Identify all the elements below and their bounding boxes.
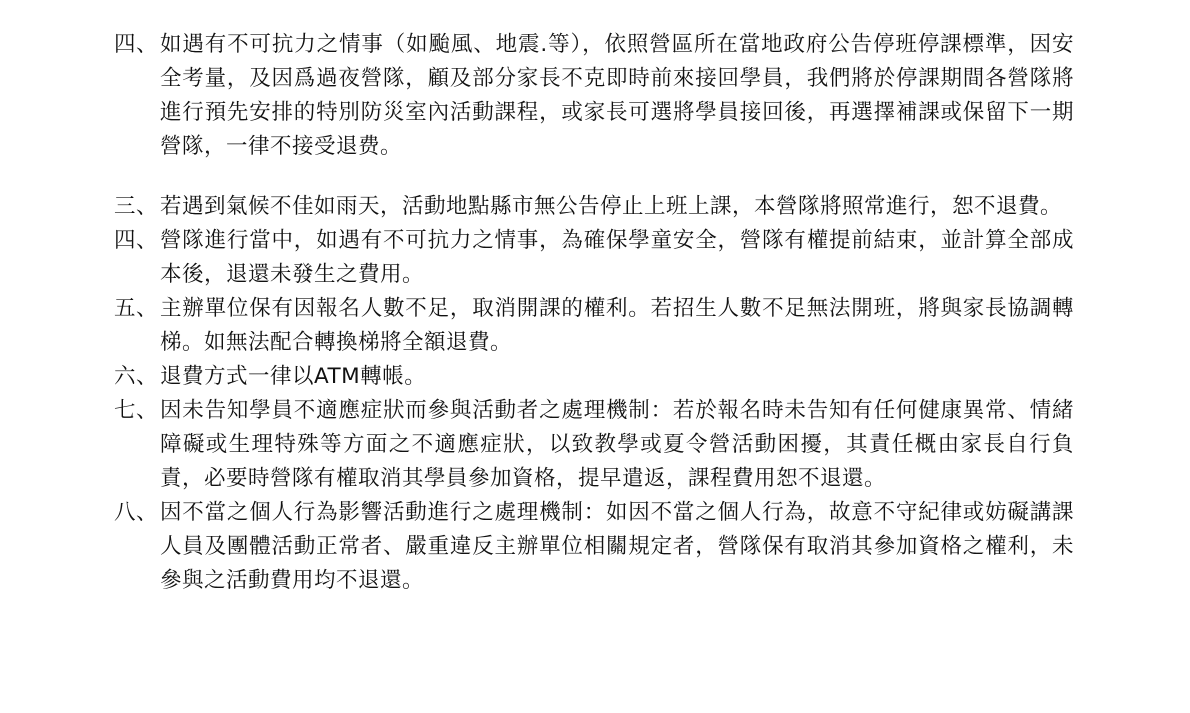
clause-text: 若遇到氣候不佳如雨天，活動地點縣市無公告停止上班上課，本營隊將照常進行，恕不退費…	[160, 190, 1074, 224]
clause-text: 因未告知學員不適應症狀而參與活動者之處理機制：若於報名時未告知有任何健康異常、情…	[160, 394, 1074, 496]
clause-text: 主辦單位保有因報名人數不足，取消開課的權利。若招生人數不足無法開班，將與家長協調…	[160, 292, 1074, 360]
clause-number: 四、	[114, 224, 160, 292]
clause-force-majeure-typhoon: 四、 如遇有不可抗力之情事（如颱風、地震.等），依照營區所在當地政府公告停班停課…	[114, 28, 1074, 164]
clause-text: 因不當之個人行為影響活動進行之處理機制：如因不當之個人行為，故意不守紀律或妨礙講…	[160, 496, 1074, 598]
clause-number: 五、	[114, 292, 160, 360]
refund-policy-document: 四、 如遇有不可抗力之情事（如颱風、地震.等），依照營區所在當地政府公告停班停課…	[114, 28, 1074, 598]
clause-text: 退費方式一律以ATM轉帳。	[160, 360, 1074, 394]
clause-number: 七、	[114, 394, 160, 496]
clause-text: 營隊進行當中，如遇有不可抗力之情事，為確保學童安全，營隊有權提前結束，並計算全部…	[160, 224, 1074, 292]
clause-number: 四、	[114, 28, 160, 164]
clause-text: 如遇有不可抗力之情事（如颱風、地震.等），依照營區所在當地政府公告停班停課標準，…	[160, 28, 1074, 164]
clause-undisclosed-symptoms: 七、 因未告知學員不適應症狀而參與活動者之處理機制：若於報名時未告知有任何健康異…	[114, 394, 1074, 496]
paragraph-gap	[114, 164, 1074, 190]
clause-insufficient-enrollment: 五、 主辦單位保有因報名人數不足，取消開課的權利。若招生人數不足無法開班，將與家…	[114, 292, 1074, 360]
clause-number: 六、	[114, 360, 160, 394]
clause-misconduct: 八、 因不當之個人行為影響活動進行之處理機制：如因不當之個人行為，故意不守紀律或…	[114, 496, 1074, 598]
clause-number: 三、	[114, 190, 160, 224]
clause-refund-method: 六、 退費方式一律以ATM轉帳。	[114, 360, 1074, 394]
clause-bad-weather: 三、 若遇到氣候不佳如雨天，活動地點縣市無公告停止上班上課，本營隊將照常進行，恕…	[114, 190, 1074, 224]
clause-number: 八、	[114, 496, 160, 598]
clause-early-termination: 四、 營隊進行當中，如遇有不可抗力之情事，為確保學童安全，營隊有權提前結束，並計…	[114, 224, 1074, 292]
